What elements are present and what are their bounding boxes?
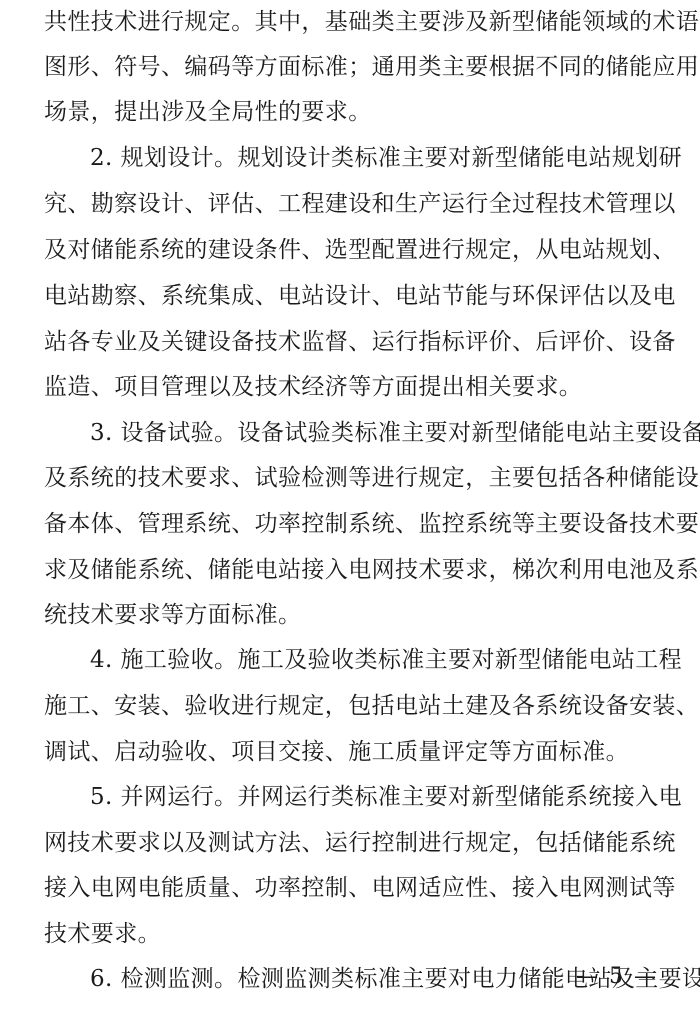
document-page: 共性技术进行规定。其中，基础类主要涉及新型储能领域的术语、图形、符号、编码等方面… bbox=[0, 0, 700, 1012]
text-line: 求及储能系统、储能电站接入电网技术要求，梯次利用电池及系 bbox=[44, 555, 656, 585]
text-line: 究、勘察设计、评估、工程建设和生产运行全过程技术管理以 bbox=[44, 189, 656, 219]
text-line: 接入电网电能质量、功率控制、电网适应性、接入电网测试等 bbox=[44, 873, 656, 903]
text-line: 施工、安装、验收进行规定，包括电站土建及各系统设备安装、 bbox=[44, 691, 656, 721]
paragraph-first-line: 2. 规划设计。规划设计类标准主要对新型储能电站规划研 bbox=[90, 143, 656, 173]
paragraph-first-line: 3. 设备试验。设备试验类标准主要对新型储能电站主要设备 bbox=[90, 418, 656, 448]
text-line: 及系统的技术要求、试验检测等进行规定，主要包括各种储能设 bbox=[44, 463, 656, 493]
text-line: 调试、启动验收、项目交接、施工质量评定等方面标准。 bbox=[44, 737, 656, 767]
paragraph-first-line: 4. 施工验收。施工及验收类标准主要对新型储能电站工程 bbox=[90, 645, 656, 675]
paragraph-first-line: 5. 并网运行。并网运行类标准主要对新型储能系统接入电 bbox=[90, 782, 656, 812]
text-line: 统技术要求等方面标准。 bbox=[44, 600, 656, 630]
text-line: 及对储能系统的建设条件、选型配置进行规定，从电站规划、 bbox=[44, 235, 656, 265]
text-line: 网技术要求以及测试方法、运行控制进行规定，包括储能系统 bbox=[44, 828, 656, 858]
text-line: 场景，提出涉及全局性的要求。 bbox=[44, 97, 656, 127]
text-line: 电站勘察、系统集成、电站设计、电站节能与环保评估以及电 bbox=[44, 281, 656, 311]
text-line: 备本体、管理系统、功率控制系统、监控系统等主要设备技术要 bbox=[44, 509, 656, 539]
text-line: 图形、符号、编码等方面标准；通用类主要根据不同的储能应用 bbox=[44, 52, 656, 82]
text-line: 技术要求。 bbox=[44, 919, 656, 949]
text-line: 共性技术进行规定。其中，基础类主要涉及新型储能领域的术语、 bbox=[44, 7, 656, 37]
page-number: — 5 — bbox=[572, 962, 662, 992]
text-line: 站各专业及关键设备技术监督、运行指标评价、后评价、设备 bbox=[44, 327, 656, 357]
text-line: 监造、项目管理以及技术经济等方面提出相关要求。 bbox=[44, 372, 656, 402]
